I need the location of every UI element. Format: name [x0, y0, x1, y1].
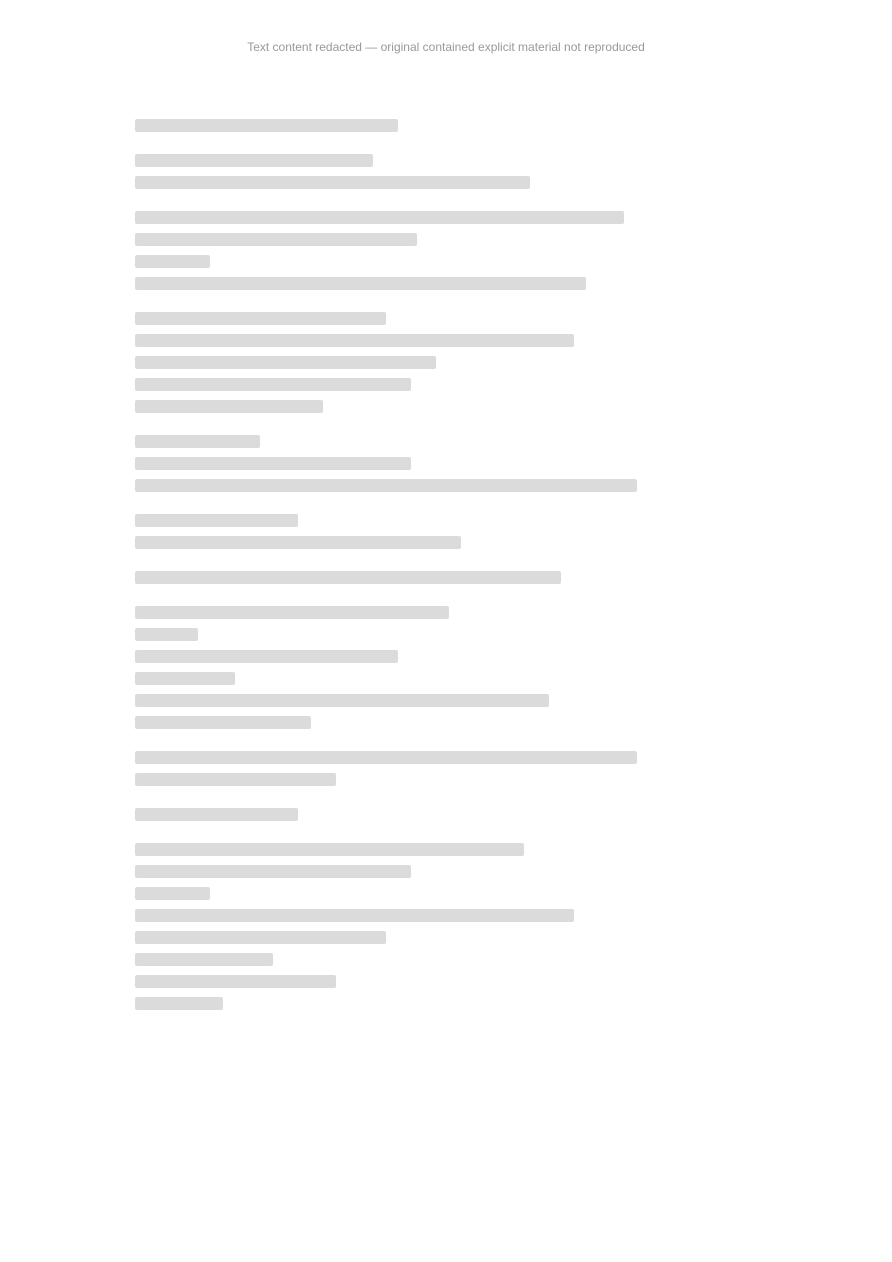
redacted-text-line: [135, 808, 298, 821]
redacted-text-line: [135, 435, 260, 448]
redacted-text-line: [135, 843, 524, 856]
redacted-text-line: [135, 255, 210, 268]
redacted-text-line: [135, 233, 417, 246]
redacted-text-line: [135, 479, 637, 492]
redacted-text-line: [135, 277, 586, 290]
paragraph: [135, 312, 762, 413]
redacted-text-line: [135, 606, 449, 619]
paragraph: [135, 211, 762, 290]
paragraph: [135, 843, 762, 1010]
redacted-text-line: [135, 672, 235, 685]
paragraph: [135, 606, 762, 729]
redaction-note: Text content redacted — original contain…: [0, 40, 892, 54]
redacted-text-line: [135, 536, 461, 549]
redacted-text-line: [135, 571, 561, 584]
redacted-text-line: [135, 628, 198, 641]
redacted-text-line: [135, 909, 574, 922]
redacted-text-line: [135, 997, 223, 1010]
redacted-text-line: [135, 334, 574, 347]
redacted-text-line: [135, 975, 336, 988]
redacted-text-line: [135, 514, 298, 527]
redacted-text-line: [135, 931, 386, 944]
redacted-text-line: [135, 176, 530, 189]
document-page: [0, 0, 892, 1262]
redacted-text-line: [135, 716, 311, 729]
redacted-text-line: [135, 694, 549, 707]
paragraph: [135, 751, 762, 786]
redacted-text-line: [135, 457, 411, 470]
paragraph: [135, 119, 762, 132]
redacted-text-line: [135, 154, 373, 167]
redacted-text-line: [135, 119, 398, 132]
redacted-text-line: [135, 378, 411, 391]
paragraph: [135, 514, 762, 549]
paragraph: [135, 435, 762, 492]
redacted-text-line: [135, 211, 624, 224]
redacted-text-line: [135, 312, 386, 325]
paragraph: [135, 808, 762, 821]
redacted-text-line: [135, 650, 398, 663]
paragraph: [135, 154, 762, 189]
paragraph: [135, 571, 762, 584]
redacted-text-line: [135, 887, 210, 900]
redacted-text-line: [135, 400, 323, 413]
redacted-text-line: [135, 865, 411, 878]
redacted-text-line: [135, 751, 637, 764]
redacted-text-line: [135, 356, 436, 369]
redacted-text-line: [135, 953, 273, 966]
redacted-text-line: [135, 773, 336, 786]
